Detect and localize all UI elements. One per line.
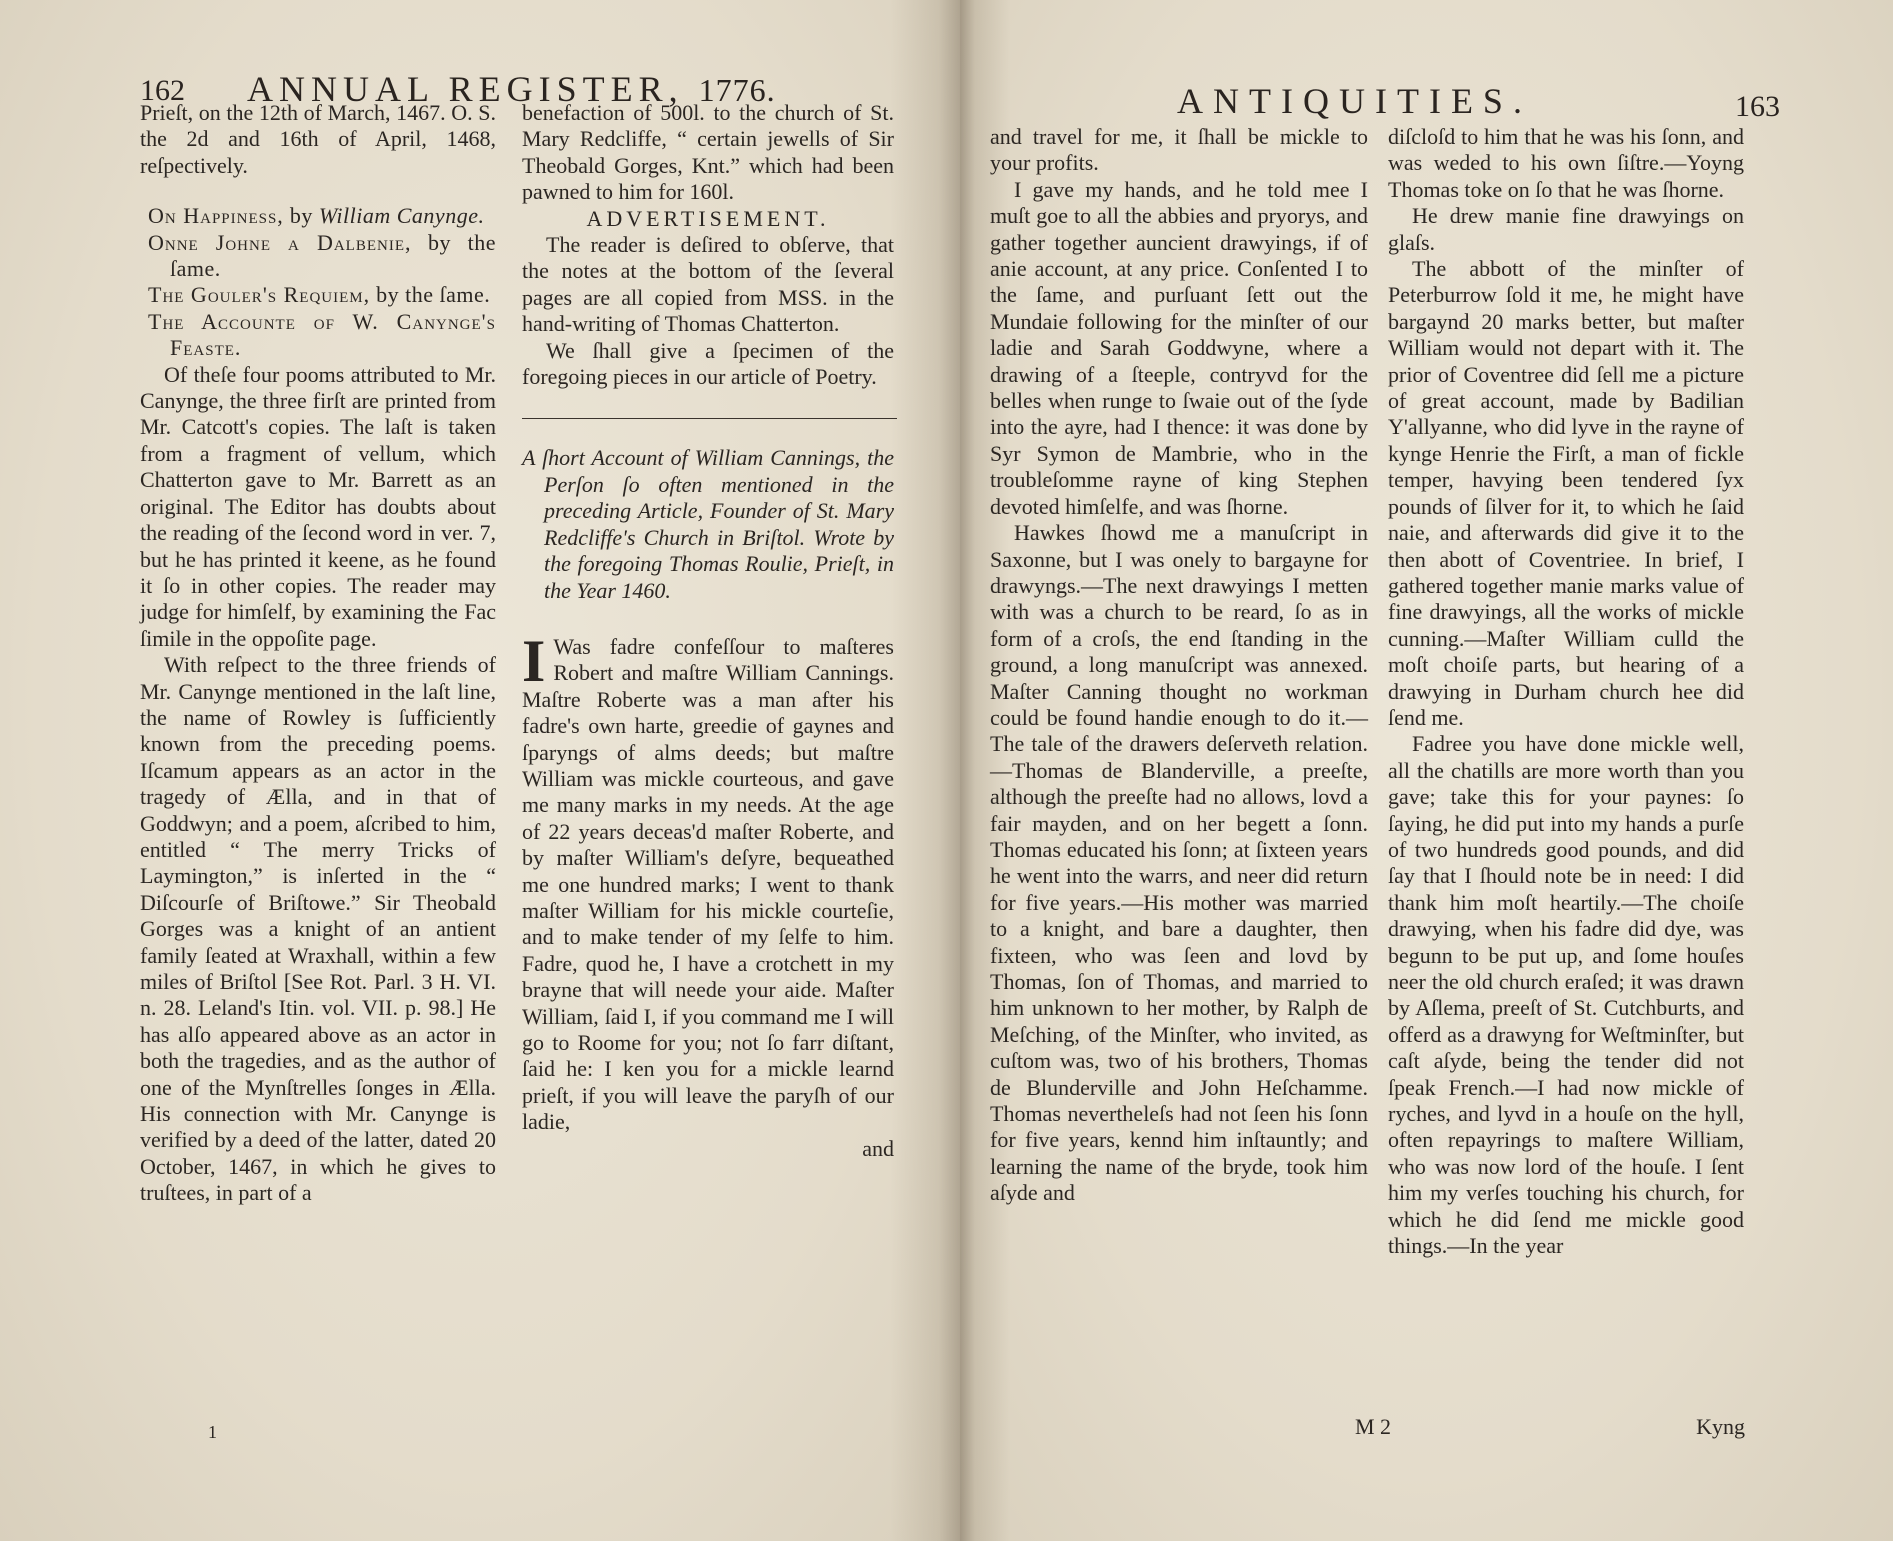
narrative-paragraph: I Was fadre confeſſour to maſteres Rober… — [522, 634, 894, 1136]
advertisement-heading: ADVERTISEMENT. — [522, 206, 894, 232]
body-paragraph: Fadree you have done mickle well, all th… — [1388, 731, 1744, 1259]
page-number: 163 — [1735, 90, 1780, 124]
column-4: diſcloſd to him that he was his ſonn, an… — [1388, 124, 1744, 1259]
column-2: benefaction of 500l. to the church of St… — [522, 100, 894, 1162]
body-paragraph: Of theſe four pooms attributed to Mr. Ca… — [140, 362, 496, 652]
left-page: 162 ANNUAL REGISTER, 1776. Prieſt, on th… — [0, 0, 960, 1541]
advertisement-paragraph: The reader is deſired to obſerve, that t… — [522, 232, 894, 338]
body-paragraph: The abbott of the minſter of Peterburrow… — [1388, 256, 1744, 731]
body-paragraph: With reſpect to the three friends of Mr.… — [140, 652, 496, 1207]
poem-title: The Gouler's Requiem, by the ſame. — [140, 282, 496, 308]
body-paragraph: and travel for me, it ſhall be mickle to… — [990, 124, 1368, 177]
article-title: A ſhort Account of William Cannings, the… — [522, 445, 894, 603]
continuation-paragraph: benefaction of 500l. to the church of St… — [522, 100, 894, 206]
running-head-right: ANTIQUITIES. 163 — [960, 68, 1893, 118]
poem-title: The Accounte of W. Canynge's Feaste. — [140, 309, 496, 362]
body-paragraph: Hawkes ſhowd me a manuſcript in Saxonne,… — [990, 520, 1368, 1207]
advertisement-paragraph: We ſhall give a ſpecimen of the foregoin… — [522, 338, 894, 391]
opening-paragraph: Prieſt, on the 12th of March, 1467. O. S… — [140, 100, 496, 179]
body-paragraph: He drew manie fine drawyings on glaſs. — [1388, 203, 1744, 256]
poem-title: Onne Johne a Dalbenie, by the ſame. — [140, 230, 496, 283]
column-3: and travel for me, it ſhall be mickle to… — [990, 124, 1368, 1207]
body-paragraph: I gave my hands, and he told mee I muſt … — [990, 177, 1368, 520]
section-divider — [522, 418, 897, 419]
poem-title: On Happiness, by William Canynge. — [140, 203, 496, 229]
gutter-shadow — [890, 0, 960, 1541]
signature-mark: M 2 — [1355, 1414, 1391, 1440]
page-mark: 1 — [208, 1422, 217, 1443]
catchword: and — [522, 1136, 894, 1162]
running-title: ANTIQUITIES. — [1177, 80, 1532, 122]
column-1: Prieſt, on the 12th of March, 1467. O. S… — [140, 100, 496, 1207]
drop-cap: I — [522, 636, 545, 686]
body-paragraph: diſcloſd to him that he was his ſonn, an… — [1388, 124, 1744, 203]
catchword: Kyng — [1696, 1414, 1745, 1440]
